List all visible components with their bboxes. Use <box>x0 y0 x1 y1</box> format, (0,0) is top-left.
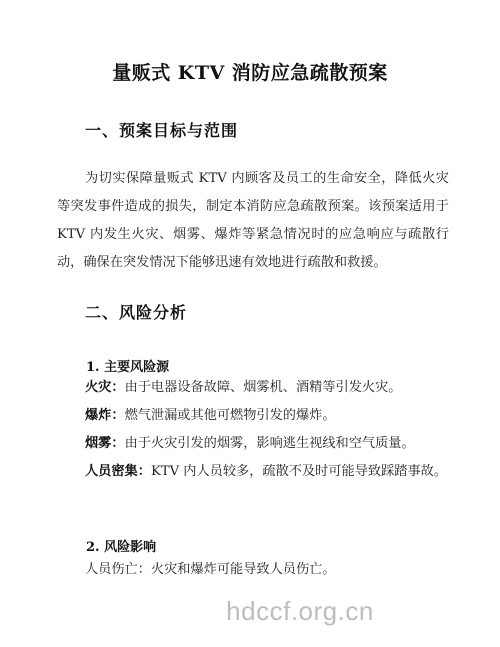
section-heading-risk-analysis: 二、风险分析 <box>85 300 187 323</box>
watermark: hdccf.org.cn <box>0 596 500 627</box>
subsection-heading-risk-impact: 2. 风险影响 <box>86 536 156 555</box>
risk-item-text: 燃气泄漏或其他可燃物引发的爆炸。 <box>125 408 336 423</box>
subsection-heading-main-risks: 1. 主要风险源 <box>86 356 169 375</box>
document-page: 量贩式 KTV 消防应急疏散预案 一、预案目标与范围 为切实保障量贩式 KTV … <box>0 0 500 647</box>
risk-item-text: 由于火灾引发的烟雾，影响逃生视线和空气质量。 <box>125 436 415 451</box>
impact-item-text: 人员伤亡：火灾和爆炸可能导致人员伤亡。 <box>85 562 336 577</box>
risk-item-label: 人员密集： <box>85 464 151 479</box>
risk-item-label: 火灾： <box>85 380 125 395</box>
impact-item-casualties: 人员伤亡：火灾和爆炸可能导致人员伤亡。 <box>57 556 449 584</box>
section-paragraph-goals-scope: 为切实保障量贩式 KTV 内顾客及员工的生命安全，降低火灾等突发事件造成的损失，… <box>57 165 449 277</box>
risk-item-label: 烟雾： <box>85 436 125 451</box>
risk-item-explosion: 爆炸：燃气泄漏或其他可燃物引发的爆炸。 <box>57 402 449 430</box>
risk-item-text: KTV 内人员较多，疏散不及时可能导致踩踏事故。 <box>151 464 447 479</box>
risk-item-fire: 火灾：由于电器设备故障、烟雾机、酒精等引发火灾。 <box>57 374 449 402</box>
document-title: 量贩式 KTV 消防应急疏散预案 <box>0 58 500 85</box>
risk-item-crowding: 人员密集：KTV 内人员较多，疏散不及时可能导致踩踏事故。 <box>57 458 449 486</box>
section-heading-goals-scope: 一、预案目标与范围 <box>85 118 238 141</box>
risk-item-label: 爆炸： <box>85 408 125 423</box>
risk-item-text: 由于电器设备故障、烟雾机、酒精等引发火灾。 <box>125 380 402 395</box>
risk-item-smoke: 烟雾：由于火灾引发的烟雾，影响逃生视线和空气质量。 <box>57 430 449 458</box>
